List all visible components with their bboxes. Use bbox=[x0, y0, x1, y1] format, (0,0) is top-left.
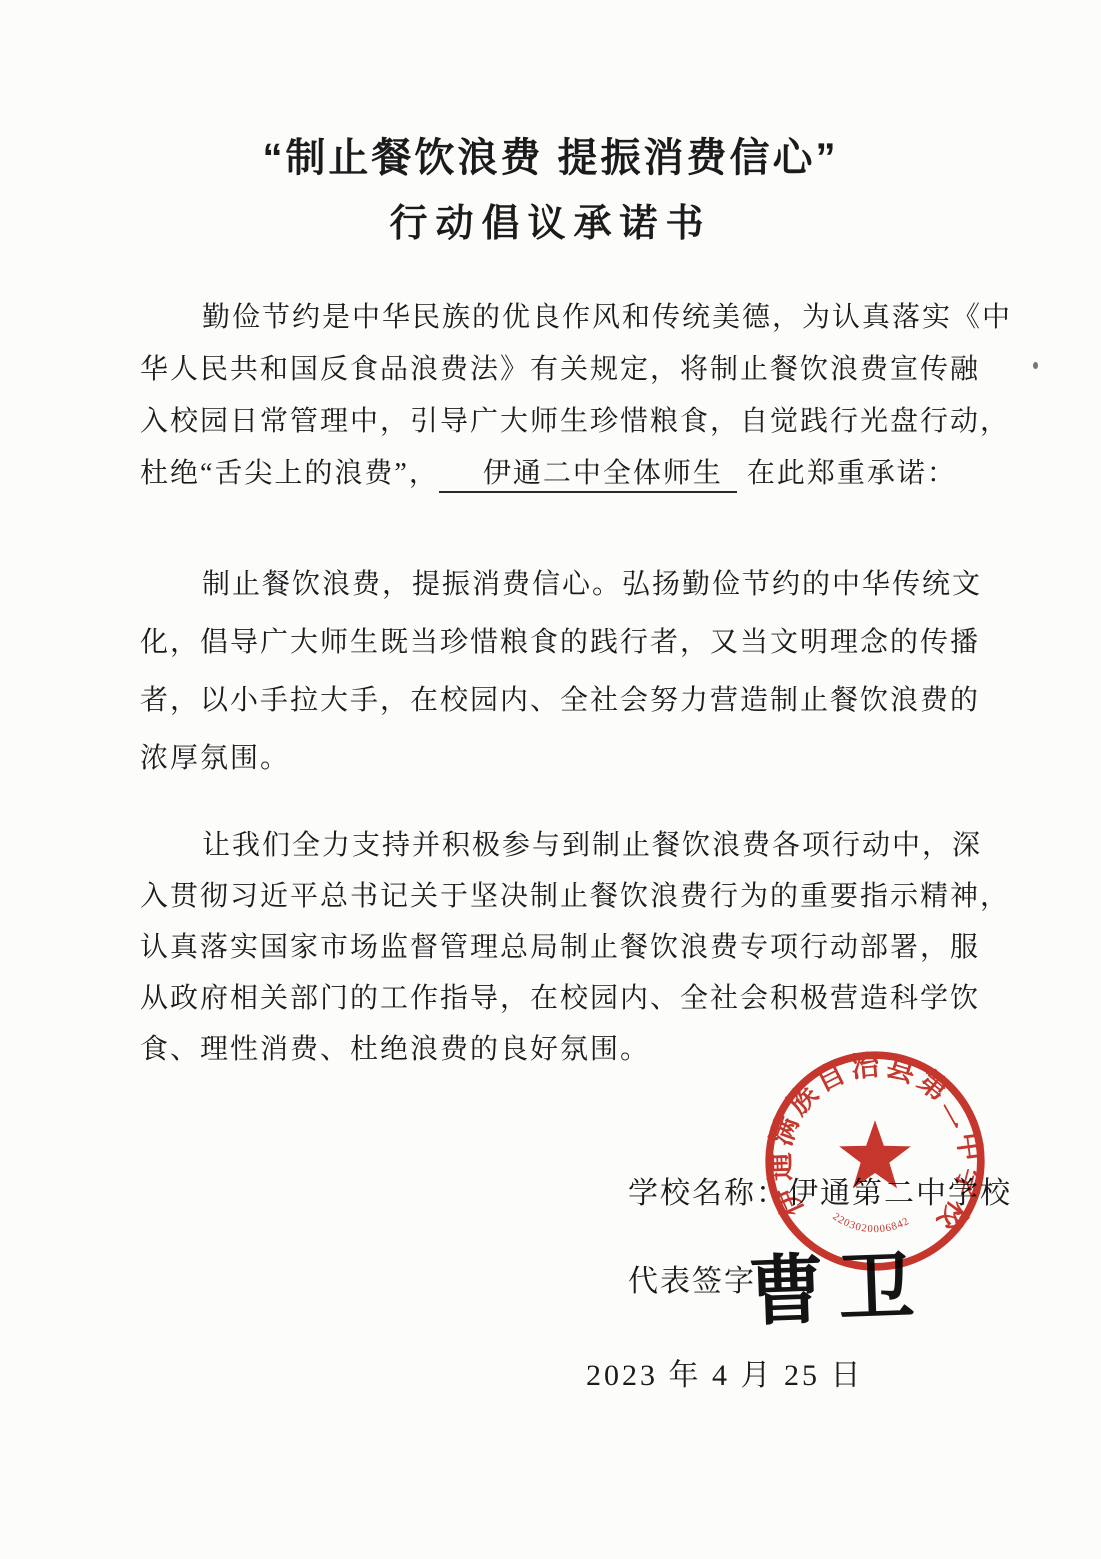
paragraph-2-line: 化，倡导广大师生既当珍惜粮食的践行者，又当文明理念的传播 bbox=[140, 614, 970, 672]
blank-post-text: 在此郑重承诺： bbox=[737, 458, 957, 489]
school-name-value: 伊通第二中学校 bbox=[788, 1177, 1012, 1210]
paragraph-1-line: 华人民共和国反食品浪费法》有关规定，将制止餐饮浪费宣传融 bbox=[140, 344, 970, 396]
paragraph-2-line: 者，以小手拉大手，在校园内、全社会努力营造制止餐饮浪费的 bbox=[140, 672, 970, 730]
paragraph-3-line: 认真落实国家市场监督管理总局制止餐饮浪费专项行动部署，服 bbox=[140, 922, 970, 973]
paragraph-1-line-with-blank: 杜绝“舌尖上的浪费”，伊通二中全体师生在此郑重承诺： bbox=[140, 448, 970, 500]
paragraph-3-line: 入贯彻习近平总书记关于坚决制止餐饮浪费行为的重要指示精神， bbox=[140, 871, 970, 922]
paragraph-3-line: 从政府相关部门的工作指导，在校园内、全社会积极营造科学饮 bbox=[140, 973, 970, 1024]
paragraph-3: 让我们全力支持并积极参与到制止餐饮浪费各项行动中，深 入贯彻习近平总书记关于坚决… bbox=[140, 820, 970, 1075]
filled-blank-school-name: 伊通二中全体师生 bbox=[439, 458, 737, 493]
school-name-label: 学校名称： bbox=[628, 1177, 788, 1210]
school-name-row: 学校名称：伊通第二中学校 bbox=[628, 1168, 1012, 1212]
document-date: 2023 年 4 月 25 日 bbox=[586, 1350, 864, 1394]
scan-speck bbox=[1033, 362, 1038, 369]
document-page: “制止餐饮浪费 提振消费信心” 行动倡议承诺书 勤俭节约是中华民族的优良作风和传… bbox=[0, 0, 1101, 1559]
paragraph-3-line: 食、理性消费、杜绝浪费的良好氛围。 bbox=[140, 1024, 970, 1075]
paragraph-1: 勤俭节约是中华民族的优良作风和传统美德，为认真落实《中 华人民共和国反食品浪费法… bbox=[140, 292, 970, 500]
paragraph-2-line: 浓厚氛围。 bbox=[140, 730, 970, 788]
paragraph-2: 制止餐饮浪费，提振消费信心。弘扬勤俭节约的中华传统文 化，倡导广大师生既当珍惜粮… bbox=[140, 556, 970, 788]
document-title-line1: “制止餐饮浪费 提振消费信心” bbox=[0, 126, 1101, 183]
handwritten-signature: 曹卫 bbox=[746, 1225, 930, 1340]
paragraph-3-line: 让我们全力支持并积极参与到制止餐饮浪费各项行动中，深 bbox=[140, 820, 970, 871]
document-title-line2: 行动倡议承诺书 bbox=[0, 192, 1101, 247]
blank-pre-text: 杜绝“舌尖上的浪费”， bbox=[140, 458, 439, 489]
paragraph-1-line: 入校园日常管理中，引导广大师生珍惜粮食，自觉践行光盘行动， bbox=[140, 396, 970, 448]
paragraph-1-line: 勤俭节约是中华民族的优良作风和传统美德，为认真落实《中 bbox=[140, 292, 970, 344]
paragraph-2-line: 制止餐饮浪费，提振消费信心。弘扬勤俭节约的中华传统文 bbox=[140, 556, 970, 614]
